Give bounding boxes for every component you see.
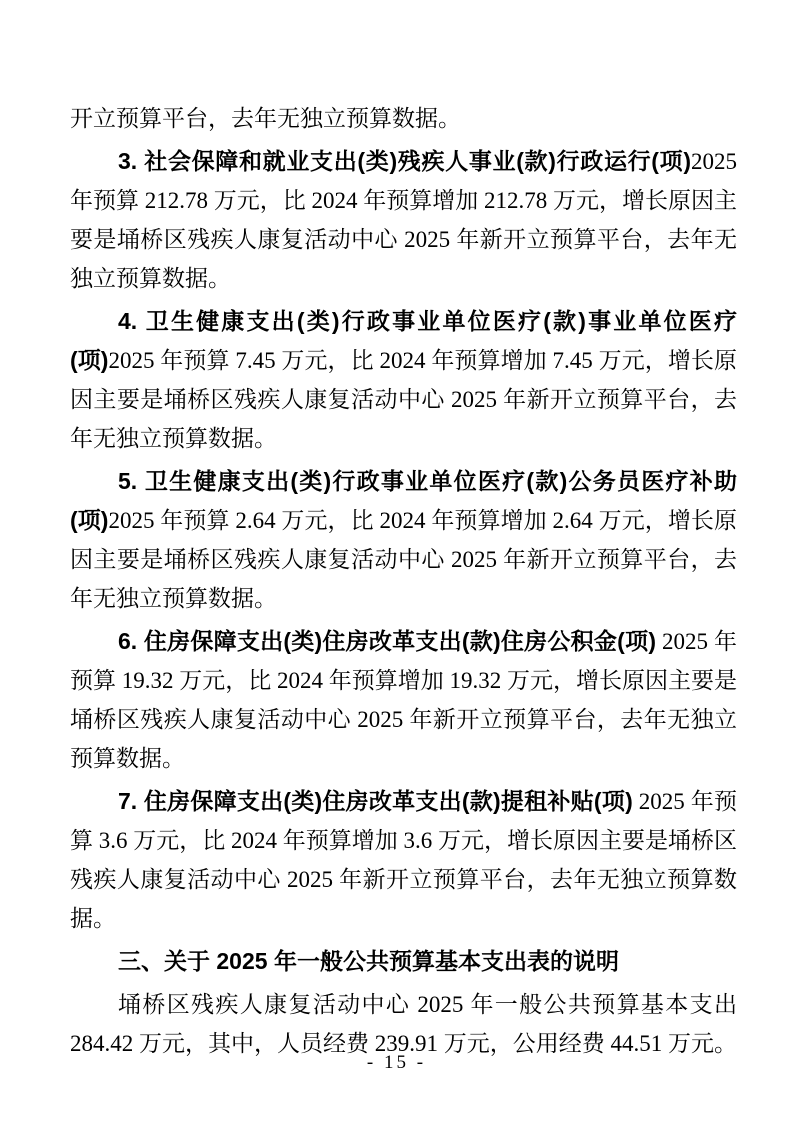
budget-item-3: 3. 社会保障和就业支出(类)残疾人事业(款)行政运行(项)2025 年预算 2… (70, 142, 737, 298)
budget-item-5-body: 2025 年预算 2.64 万元，比 2024 年预算增加 2.64 万元，增长… (70, 508, 737, 611)
budget-item-7: 7. 住房保障支出(类)住房改革支出(款)提租补贴(项) 2025 年预算 3.… (70, 782, 737, 938)
budget-item-6: 6. 住房保障支出(类)住房改革支出(款)住房公积金(项) 2025 年预算 1… (70, 622, 737, 778)
budget-item-4: 4. 卫生健康支出(类)行政事业单位医疗(款)事业单位医疗(项)2025 年预算… (70, 302, 737, 458)
page-number: - 15 - (0, 1052, 793, 1074)
budget-item-5: 5. 卫生健康支出(类)行政事业单位医疗(款)公务员医疗补助(项)2025 年预… (70, 462, 737, 618)
document-page: 开立预算平台，去年无独立预算数据。 3. 社会保障和就业支出(类)残疾人事业(款… (0, 0, 793, 1122)
section-heading: 三、关于 2025 年一般公共预算基本支出表的说明 (70, 942, 737, 981)
budget-item-7-label: 7. 住房保障支出(类)住房改革支出(款)提租补贴(项) (118, 788, 633, 814)
paragraph-continuation: 开立预算平台，去年无独立预算数据。 (70, 99, 737, 138)
budget-item-3-label: 3. 社会保障和就业支出(类)残疾人事业(款)行政运行(项) (118, 148, 691, 174)
budget-item-6-label: 6. 住房保障支出(类)住房改革支出(款)住房公积金(项) (118, 628, 656, 654)
budget-item-4-body: 2025 年预算 7.45 万元，比 2024 年预算增加 7.45 万元，增长… (70, 348, 737, 451)
